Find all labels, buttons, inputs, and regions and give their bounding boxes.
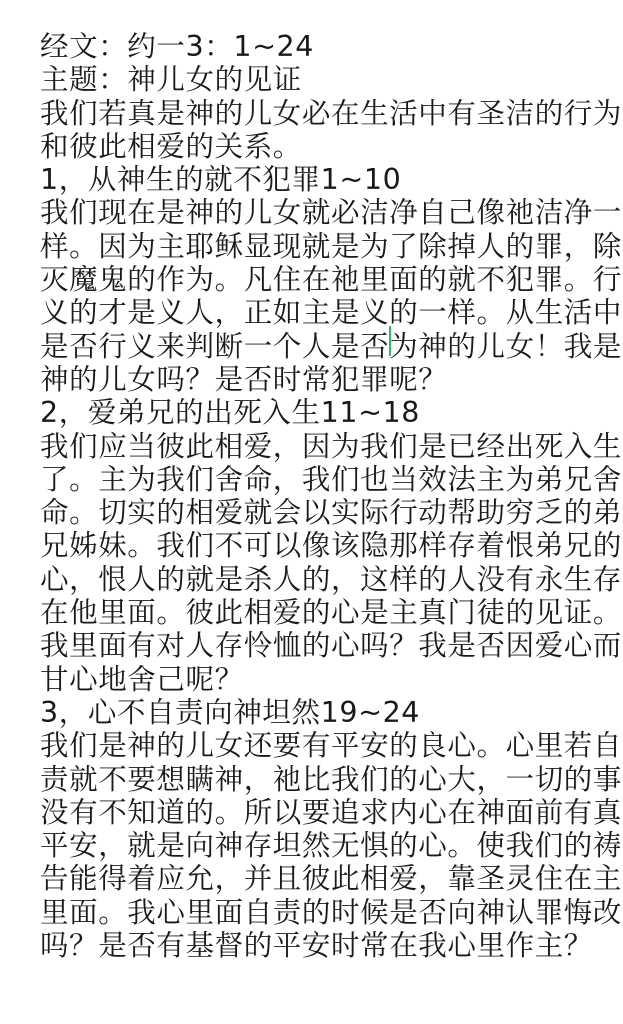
paragraph-line: 告能得着应允，并且彼此相爱，靠圣灵住在主 bbox=[40, 862, 600, 895]
scripture-line: 经文：约一3：1~24 bbox=[40, 30, 600, 63]
paragraph-line: 责就不要想瞒神，祂比我们的心大，一切的事 bbox=[40, 763, 600, 796]
paragraph-line: 里面。我心里面自责的时候是否向神认罪悔改 bbox=[40, 896, 600, 929]
section-heading: 3，心不自责向神坦然19~24 bbox=[40, 696, 600, 729]
intro-line: 和彼此相爱的关系。 bbox=[40, 130, 600, 163]
intro-line: 我们若真是神的儿女必在生活中有圣洁的行为 bbox=[40, 97, 600, 130]
paragraph-line: 我们应当彼此相爱，因为我们是已经出死入生 bbox=[40, 430, 600, 463]
paragraph-line: 我们是神的儿女还要有平安的良心。心里若自 bbox=[40, 729, 600, 762]
paragraph-line: 心，恨人的就是杀人的，这样的人没有永生存 bbox=[40, 563, 600, 596]
paragraph-line: 神的儿女吗？是否时常犯罪呢？ bbox=[40, 363, 600, 396]
paragraph-line: 了。主为我们舍命，我们也当效法主为弟兄舍 bbox=[40, 463, 600, 496]
text-cursor bbox=[389, 326, 391, 356]
paragraph-line: 我们现在是神的儿女就必洁净自己像祂洁净一 bbox=[40, 196, 600, 229]
paragraph-line: 甘心地舍己呢？ bbox=[40, 663, 600, 696]
paragraph-line: 灭魔鬼的作为。凡住在祂里面的就不犯罪。行 bbox=[40, 263, 600, 296]
document-body[interactable]: 经文：约一3：1~24 主题：神儿女的见证 我们若真是神的儿女必在生活中有圣洁的… bbox=[40, 30, 600, 962]
paragraph-line: 义的才是义人，正如主是义的一样。从生活中 bbox=[40, 296, 600, 329]
paragraph-line: 在他里面。彼此相爱的心是主真门徒的见证。 bbox=[40, 596, 600, 629]
paragraph-line: 兄姊妹。我们不可以像该隐那样存着恨弟兄的 bbox=[40, 529, 600, 562]
paragraph-line: 没有不知道的。所以要追求内心在神面前有真 bbox=[40, 796, 600, 829]
paragraph-line: 命。切实的相爱就会以实际行动帮助穷乏的弟 bbox=[40, 496, 600, 529]
section-heading: 2，爱弟兄的出死入生11~18 bbox=[40, 396, 600, 429]
paragraph-line: 样。因为主耶稣显现就是为了除掉人的罪，除 bbox=[40, 230, 600, 263]
paragraph-line: 我里面有对人存怜恤的心吗？我是否因爱心而 bbox=[40, 629, 600, 662]
paragraph-line: 吗？是否有基督的平安时常在我心里作主？ bbox=[40, 929, 600, 962]
theme-line: 主题：神儿女的见证 bbox=[40, 63, 600, 96]
section-heading: 1，从神生的就不犯罪1~10 bbox=[40, 163, 600, 196]
paragraph-line: 平安，就是向神存坦然无惧的心。使我们的祷 bbox=[40, 829, 600, 862]
paragraph-line: 是否行义来判断一个人是否为神的儿女！我是 bbox=[40, 330, 600, 363]
